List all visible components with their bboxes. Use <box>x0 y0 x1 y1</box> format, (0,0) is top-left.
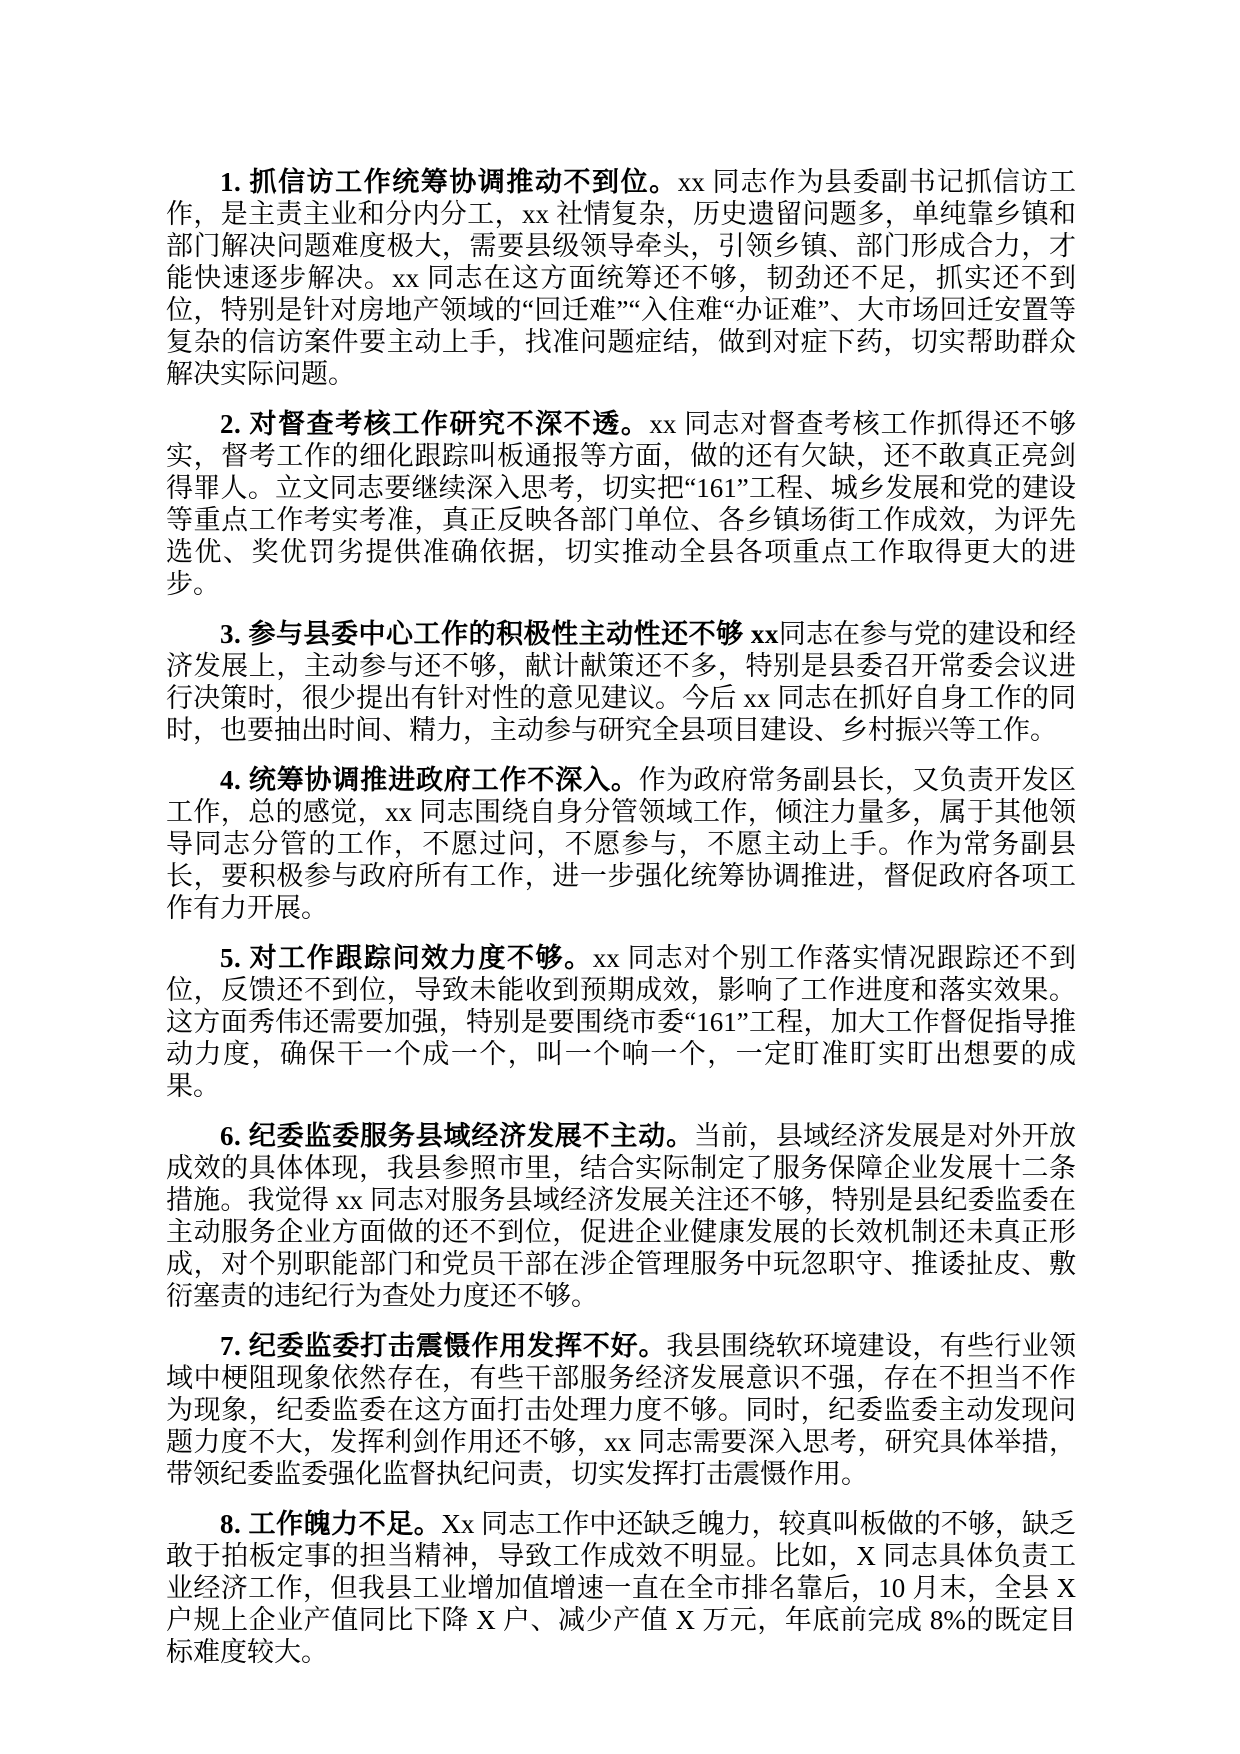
paragraph-7-heading: 7. 纪委监委打击震慑作用发挥不好。 <box>220 1331 666 1361</box>
paragraph-6-heading: 6. 纪委监委服务县域经济发展不主动。 <box>220 1121 694 1151</box>
paragraph-3: 3. 参与县委中心工作的积极性主动性还不够 xx同志在参与党的建设和经济发展上，… <box>166 618 1076 746</box>
paragraph-2-heading: 2. 对督查考核工作研究不深不透。 <box>220 409 649 439</box>
paragraph-4: 4. 统筹协调推进政府工作不深入。作为政府常务副县长，又负责开发区工作，总的感觉… <box>166 764 1076 924</box>
paragraph-8: 8. 工作魄力不足。Xx 同志工作中还缺乏魄力，较真叫板做的不够，缺乏敢于拍板定… <box>166 1508 1076 1668</box>
paragraph-3-heading: 3. 参与县委中心工作的积极性主动性还不够 xx <box>220 619 779 649</box>
document-page: 1. 抓信访工作统筹协调推动不到位。xx 同志作为县委副书记抓信访工作，是主责主… <box>0 0 1240 1754</box>
paragraph-4-heading: 4. 统筹协调推进政府工作不深入。 <box>220 765 639 795</box>
paragraph-6: 6. 纪委监委服务县域经济发展不主动。当前，县域经济发展是对外开放成效的具体体现… <box>166 1120 1076 1312</box>
paragraph-7: 7. 纪委监委打击震慑作用发挥不好。我县围绕软环境建设，有些行业领域中梗阻现象依… <box>166 1330 1076 1490</box>
paragraph-2: 2. 对督查考核工作研究不深不透。xx 同志对督查考核工作抓得还不够实，督考工作… <box>166 408 1076 600</box>
paragraph-1-heading: 1. 抓信访工作统筹协调推动不到位。 <box>220 167 678 197</box>
paragraph-1: 1. 抓信访工作统筹协调推动不到位。xx 同志作为县委副书记抓信访工作，是主责主… <box>166 166 1076 390</box>
paragraph-8-heading: 8. 工作魄力不足。 <box>220 1509 441 1539</box>
document-body: 1. 抓信访工作统筹协调推动不到位。xx 同志作为县委副书记抓信访工作，是主责主… <box>166 166 1076 1668</box>
paragraph-5-heading: 5. 对工作跟踪问效力度不够。 <box>220 943 593 973</box>
paragraph-1-body: xx 同志作为县委副书记抓信访工作，是主责主业和分内分工，xx 社情复杂，历史遗… <box>166 167 1076 389</box>
paragraph-5: 5. 对工作跟踪问效力度不够。xx 同志对个别工作落实情况跟踪还不到位，反馈还不… <box>166 942 1076 1102</box>
